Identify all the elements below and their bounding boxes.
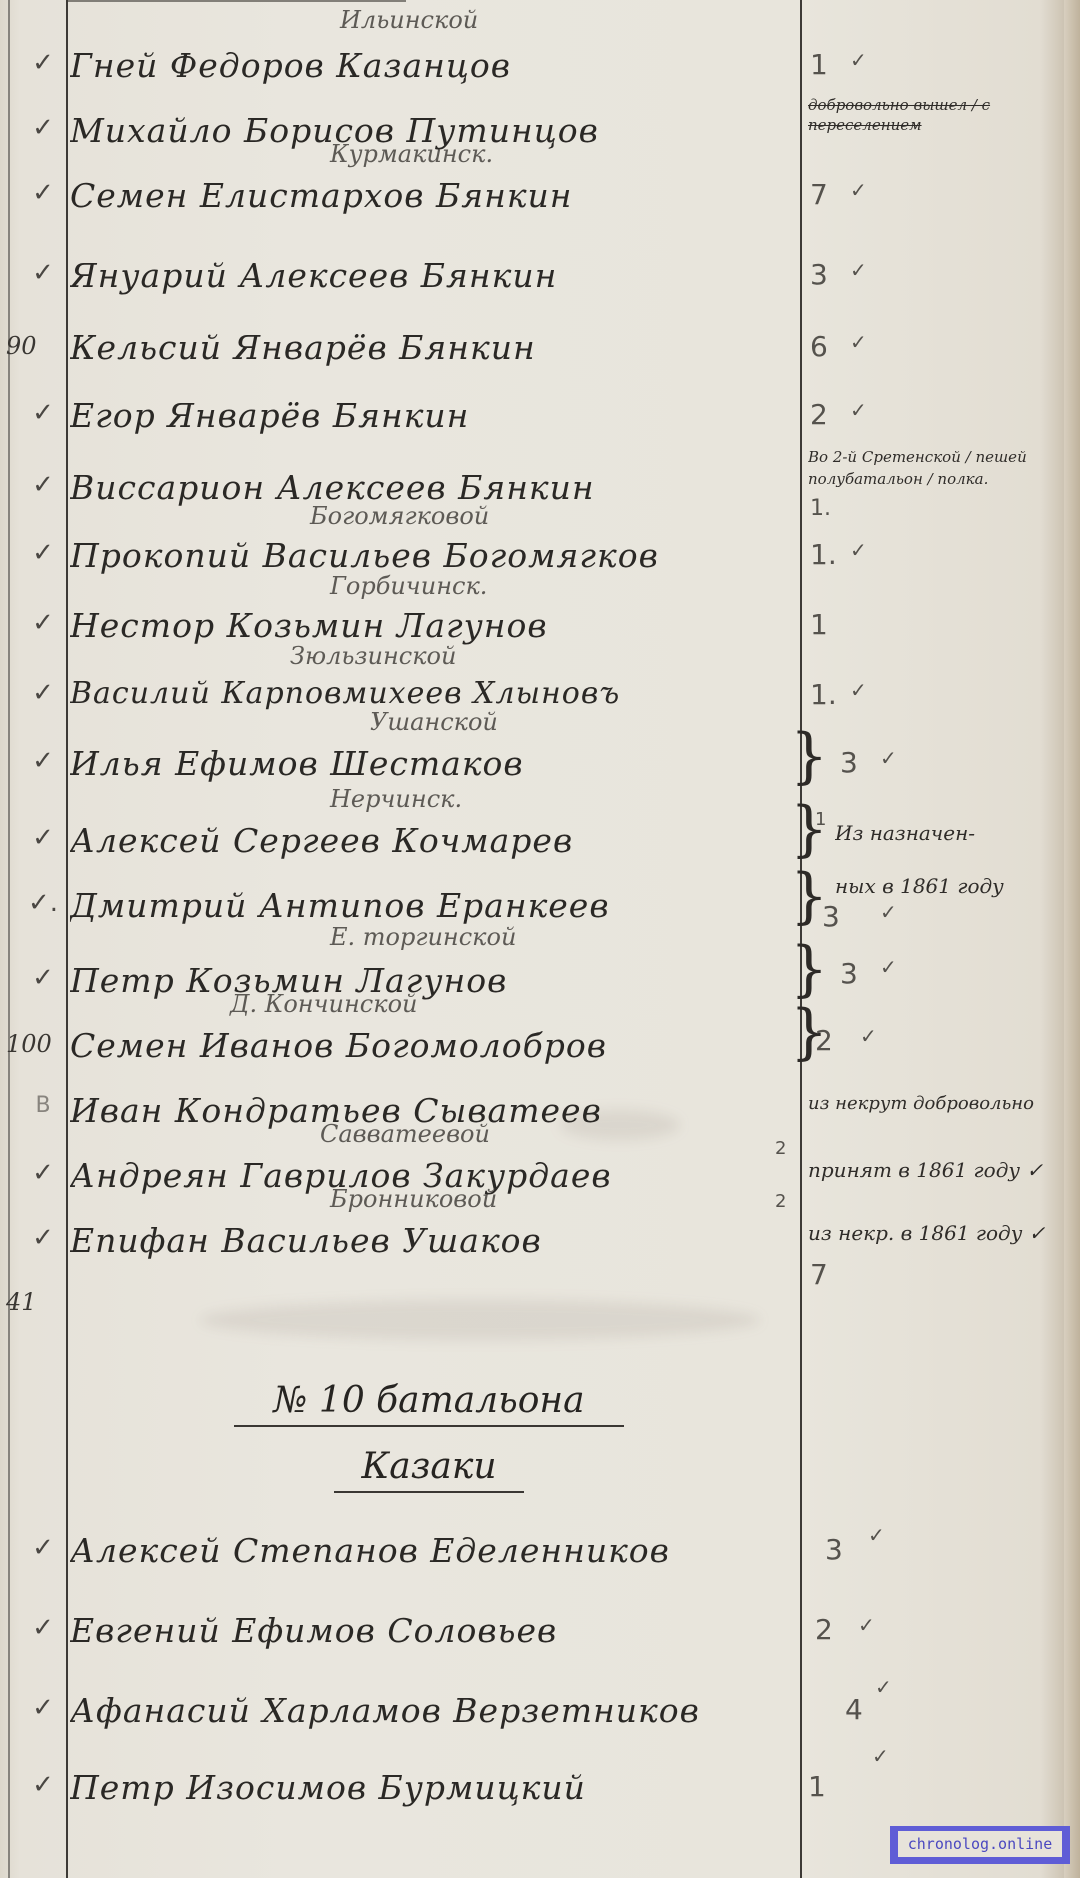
count-value: 2	[815, 1024, 833, 1057]
count-value: 3	[840, 957, 858, 990]
village-note: Курмакинск.	[330, 140, 493, 168]
person-name: Семен Иванов Богомолобров	[70, 1026, 795, 1065]
grouping-brace: }	[790, 726, 828, 786]
register-entry: ✓. Дмитрий Антипов Еранкеев } ных в 1861…	[0, 870, 1080, 940]
margin-number: 90	[6, 332, 62, 360]
check-mark: ✓	[860, 1024, 877, 1048]
register-entry: ✓ Евгений Ефимов Соловьев 2 ✓	[0, 1595, 1080, 1665]
village-note: Е. торгинской	[330, 923, 516, 951]
register-entry: ✓ Нестор Козьмин Лагунов Горбичинск. 1	[0, 590, 1080, 660]
person-name: Василий Карповмихеев Хлыновъ	[70, 676, 795, 711]
margin-mark: ✓	[26, 1613, 60, 1643]
margin-mark: В	[26, 1093, 60, 1118]
remark-note: добровольно вышел / с переселением	[808, 95, 1073, 135]
person-name: Гней Федоров Казанцов	[70, 46, 795, 85]
person-name: Евгений Ефимов Соловьев	[70, 1611, 795, 1650]
person-name: Епифан Васильев Ушаков	[70, 1221, 795, 1260]
register-entry: ✓ Прокопий Васильев Богомягков Богомягко…	[0, 520, 1080, 590]
village-note: Д. Кончинской	[230, 990, 417, 1018]
check-mark: ✓	[850, 48, 867, 72]
person-name: Петр Козьмин Лагунов	[70, 961, 795, 1000]
register-entry: ✓ Гней Федоров Казанцов Ильинской 1 ✓	[0, 30, 1080, 100]
margin-mark: ✓	[26, 48, 60, 78]
remark-note: из некрут добровольно	[808, 1093, 1073, 1114]
top-rule-line	[66, 0, 406, 2]
person-name: Нестор Козьмин Лагунов	[70, 606, 795, 645]
register-entry: ✓ Афанасий Харламов Верзетников 4 ✓	[0, 1675, 1080, 1745]
check-mark: ✓	[850, 538, 867, 562]
margin-mark: ✓	[26, 1533, 60, 1563]
person-name: Алексей Сергеев Кочмарев	[70, 821, 795, 860]
count-value: 6	[810, 330, 828, 363]
count-value: 4	[845, 1693, 863, 1726]
register-entry: ✓ Епифан Васильев Ушаков Бронниковой 2 и…	[0, 1205, 1080, 1275]
margin-mark: ✓	[26, 1158, 60, 1188]
check-mark: ✓	[858, 1613, 875, 1637]
person-name: Илья Ефимов Шестаков	[70, 744, 795, 783]
count-value: 2	[775, 1191, 786, 1212]
village-note: Ушанской	[370, 708, 498, 736]
count-value: 1	[808, 1770, 826, 1803]
village-note: Нерчинск.	[330, 785, 462, 813]
person-name: Петр Изосимов Бурмицкий	[70, 1768, 795, 1807]
margin-mark: ✓	[26, 963, 60, 993]
register-total: 41 7	[0, 1268, 1080, 1338]
margin-mark: ✓	[26, 746, 60, 776]
register-entry: В Иван Кондратьев Сыватеев из некрут доб…	[0, 1075, 1080, 1145]
remark-note: принят в 1861 году ✓	[808, 1158, 1073, 1182]
village-note: Ильинской	[340, 6, 478, 34]
count-value: 3	[810, 258, 828, 291]
check-mark: ✓	[880, 955, 897, 979]
count-value: 1.	[810, 496, 831, 521]
total-count-value: 7	[810, 1258, 828, 1291]
register-entry: 100 Семен Иванов Богомолобров Д. Кончинс…	[0, 1010, 1080, 1080]
margin-mark: ✓	[26, 823, 60, 853]
person-name: Афанасий Харламов Верзетников	[70, 1691, 795, 1730]
check-mark: ✓	[872, 1744, 889, 1768]
register-entry: ✓ Василий Карповмихеев Хлыновъ Зюльзинск…	[0, 660, 1080, 730]
remark-note: ных в 1861 году	[835, 874, 1080, 898]
cossacks-subheading: Казаки	[334, 1446, 524, 1493]
count-value: 1	[810, 608, 828, 641]
count-value: 1	[815, 809, 826, 830]
count-value: 2	[815, 1613, 833, 1646]
village-note: Бронниковой	[330, 1185, 497, 1213]
margin-mark: ✓	[26, 178, 60, 208]
document-page: ✓ Гней Федоров Казанцов Ильинской 1 ✓ ✓ …	[0, 0, 1080, 1878]
register-entry: ✓ Семен Елистархов Бянкин Курмакинск. 7 …	[0, 160, 1080, 230]
check-mark: ✓	[850, 258, 867, 282]
check-mark: ✓	[850, 330, 867, 354]
count-value: 1	[810, 48, 828, 81]
grouping-brace: }	[790, 939, 828, 999]
margin-mark: ✓	[26, 113, 60, 143]
person-name: Дмитрий Антипов Еранкеев	[70, 886, 795, 925]
village-note: Богомягковой	[310, 502, 489, 530]
count-value: 3	[825, 1533, 843, 1566]
check-mark: ✓	[850, 678, 867, 702]
register-entry: 90 Кельсий Январёв Бянкин 6 ✓	[0, 312, 1080, 382]
margin-mark: ✓.	[26, 888, 60, 918]
person-name: Януарий Алексеев Бянкин	[70, 256, 795, 295]
register-entry: ✓ Алексей Сергеев Кочмарев Нерчинск. } 1…	[0, 805, 1080, 875]
check-mark: ✓	[868, 1523, 885, 1547]
count-value: 7	[810, 178, 828, 211]
watermark-badge: chronolog.online	[890, 1826, 1070, 1864]
remark-note: Из назначен-	[835, 821, 1080, 845]
check-mark: ✓	[850, 398, 867, 422]
margin-mark: ✓	[26, 538, 60, 568]
person-name: Прокопий Васильев Богомягков	[70, 536, 795, 575]
watermark-text: chronolog.online	[898, 1831, 1062, 1857]
register-entry: ✓ Виссарион Алексеев Бянкин 1. Во 2-й Ср…	[0, 452, 1080, 522]
margin-mark: ✓	[26, 678, 60, 708]
register-entry: ✓ Андреян Гаврилов Закурдаев Савватеевой…	[0, 1140, 1080, 1210]
person-name: Егор Январёв Бянкин	[70, 396, 795, 435]
village-note: Савватеевой	[320, 1120, 490, 1148]
margin-mark: ✓	[26, 258, 60, 288]
check-mark: ✓	[880, 900, 897, 924]
count-value: 2	[775, 1138, 786, 1159]
register-entry: ✓ Алексей Степанов Еделенников 3 ✓	[0, 1515, 1080, 1585]
count-value: 3	[822, 900, 840, 933]
village-note: Горбичинск.	[330, 572, 487, 600]
person-name: Алексей Степанов Еделенников	[70, 1531, 795, 1570]
register-entry: ✓ Илья Ефимов Шестаков Ушанской } 3 ✓	[0, 728, 1080, 798]
person-name: Кельсий Январёв Бянкин	[70, 328, 795, 367]
check-mark: ✓	[880, 746, 897, 770]
margin-mark: ✓	[26, 1223, 60, 1253]
count-value: 1.	[810, 538, 837, 571]
register-entry: ✓ Михайло Борисов Путинцов добровольно в…	[0, 95, 1080, 165]
register-entry: ✓ Егор Январёв Бянкин 2 ✓	[0, 380, 1080, 450]
village-note: Зюльзинской	[290, 642, 456, 670]
margin-number: 100	[6, 1030, 62, 1058]
remark-note: из некр. в 1861 году ✓	[808, 1221, 1073, 1245]
count-value: 3	[840, 746, 858, 779]
register-entry: ✓ Петр Козьмин Лагунов Е. торгинской } 3…	[0, 945, 1080, 1015]
person-name: Семен Елистархов Бянкин	[70, 176, 795, 215]
count-value: 2	[810, 398, 828, 431]
margin-mark: ✓	[26, 398, 60, 428]
battalion-heading: № 10 батальона	[234, 1380, 624, 1427]
check-mark: ✓	[875, 1675, 892, 1699]
register-entry: ✓ Петр Изосимов Бурмицкий 1 ✓	[0, 1752, 1080, 1822]
margin-mark: ✓	[26, 1693, 60, 1723]
count-value: 1.	[810, 678, 837, 711]
margin-mark: ✓	[26, 1770, 60, 1800]
margin-mark: ✓	[26, 470, 60, 500]
margin-total-number: 41	[6, 1288, 62, 1316]
check-mark: ✓	[850, 178, 867, 202]
remark-note: Во 2-й Сретенской / пешей полубатальон /…	[808, 446, 1073, 490]
margin-mark: ✓	[26, 608, 60, 638]
register-entry: ✓ Януарий Алексеев Бянкин 3 ✓	[0, 240, 1080, 310]
